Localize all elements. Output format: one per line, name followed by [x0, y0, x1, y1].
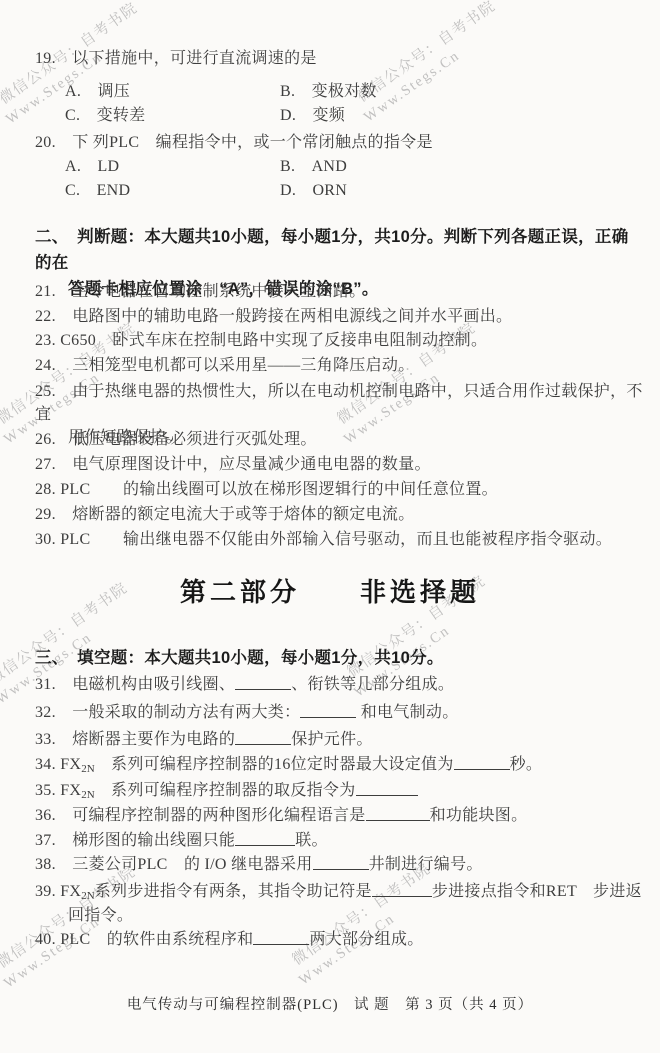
- question-39: 39. FX2N系列步进指令有两条，其指令助记符是步进接点指令和RET 步进返 …: [35, 880, 645, 928]
- question-text: 和功能块图。: [430, 807, 528, 824]
- question-text: 33. 熔断器主要作为电路的: [35, 731, 235, 748]
- part-2-heading: 第二部分 非选择题: [0, 572, 660, 609]
- option-20-a: A. LD: [65, 156, 280, 178]
- question-20-options-cd: C. ENDD. ORN: [35, 180, 645, 202]
- question-text: 38. 三菱公司PLC 的 I/O 继电器采用: [35, 856, 313, 873]
- fill-blank: [300, 704, 356, 718]
- fill-blank: [235, 676, 291, 690]
- question-19-options-cd: C. 变转差D. 变频: [35, 105, 645, 127]
- question-19-options-ab: A. 调压B. 变极对数: [35, 81, 645, 103]
- question-text: 40. PLC 的软件由系统程序和: [35, 931, 253, 948]
- subscript-2n: 2N: [81, 763, 94, 775]
- question-21: 21. 主令电器在自动控制系统中接入主回路。: [35, 281, 645, 303]
- question-20-stem: 20. 下 列PLC 编程指令中，或一个常闭触点的指令是: [35, 132, 645, 154]
- fill-blank: [372, 883, 432, 897]
- option-19-a: A. 调压: [65, 81, 280, 103]
- question-27: 27. 电气原理图设计中，应尽量减少通电电器的数量。: [35, 454, 645, 476]
- question-26: 26. 低压电器设备必须进行灭弧处理。: [35, 429, 645, 451]
- option-19-c: C. 变转差: [65, 105, 280, 127]
- question-24: 24. 三相笼型电机都可以采用星——三角降压启动。: [35, 355, 645, 377]
- fill-blank: [356, 782, 418, 796]
- question-text: 31. 电磁机构由吸引线圈、: [35, 676, 235, 693]
- question-19-stem: 19. 以下措施中，可进行直流调速的是: [35, 48, 645, 70]
- question-36: 36. 可编程序控制器的两种图形化编程语言是和功能块图。: [35, 805, 645, 827]
- question-35: 35. FX2N 系列可编程序控制器的取反指令为: [35, 780, 645, 802]
- question-text: 保护元件。: [291, 731, 373, 748]
- question-text: 系列可编程序控制器的16位定时器最大设定值为: [95, 756, 454, 773]
- subscript-2n: 2N: [81, 890, 94, 902]
- question-38: 38. 三菱公司PLC 的 I/O 继电器采用井制进行编号。: [35, 854, 645, 876]
- question-32: 32. 一般采取的制动方法有两大类： 和电气制动。: [35, 702, 645, 724]
- section-2-title-line1: 二、 判断题：本大题共10小题，每小题1分，共10分。判断下列各题正误，正确的在: [35, 228, 629, 272]
- question-text: 36. 可编程序控制器的两种图形化编程语言是: [35, 807, 366, 824]
- question-text: 联。: [295, 832, 328, 849]
- exam-paper-page: 微信公众号：自考书院 Www.Stegs.Cn 微信公众号：自考书院 Www.S…: [0, 0, 660, 1053]
- question-text: 、衔铁等几部分组成。: [291, 676, 454, 693]
- question-22: 22. 电路图中的辅助电路一般跨接在两相电源线之间并水平画出。: [35, 306, 645, 328]
- question-text: 秒。: [510, 756, 543, 773]
- question-31: 31. 电磁机构由吸引线圈、、衔铁等几部分组成。: [35, 674, 645, 696]
- question-23: 23. C650 卧式车床在控制电路中实现了反接串电阻制动控制。: [35, 330, 645, 352]
- question-text: 39. FX: [35, 883, 81, 900]
- question-33: 33. 熔断器主要作为电路的保护元件。: [35, 729, 645, 751]
- question-39-line2: 回指令。: [35, 904, 645, 928]
- page-footer: 电气传动与可编程控制器(PLC) 试 题 第 3 页（共 4 页）: [0, 993, 660, 1014]
- question-text: 系列可编程序控制器的取反指令为: [95, 782, 356, 799]
- question-text: 37. 梯形图的输出线圈只能: [35, 832, 235, 849]
- question-text: 和电气制动。: [356, 704, 458, 721]
- option-20-d: D. ORN: [280, 180, 347, 202]
- subscript-2n: 2N: [81, 789, 94, 801]
- question-text: 两大部分组成。: [309, 931, 423, 948]
- question-25-line1: 25. 由于热继电器的热惯性大，所以在电动机控制电路中，只适合用作过载保护，不宜: [35, 383, 643, 423]
- question-text: 32. 一般采取的制动方法有两大类：: [35, 704, 300, 721]
- question-text: 井制进行编号。: [369, 856, 483, 873]
- question-34: 34. FX2N 系列可编程序控制器的16位定时器最大设定值为秒。: [35, 754, 645, 776]
- option-19-d: D. 变频: [280, 105, 345, 127]
- option-20-c: C. END: [65, 180, 280, 202]
- section-3-title: 三、 填空题：本大题共10小题，每小题1分，共10分。: [35, 645, 645, 671]
- question-39-line1: 39. FX2N系列步进指令有两条，其指令助记符是步进接点指令和RET 步进返: [35, 883, 642, 900]
- fill-blank: [253, 931, 309, 945]
- question-20-options-ab: A. LDB. AND: [35, 156, 645, 178]
- question-28: 28. PLC 的输出线圈可以放在梯形图逻辑行的中间任意位置。: [35, 479, 645, 501]
- question-text: 34. FX: [35, 756, 81, 773]
- question-37: 37. 梯形图的输出线圈只能联。: [35, 830, 645, 852]
- question-29: 29. 熔断器的额定电流大于或等于熔体的额定电流。: [35, 504, 645, 526]
- question-30: 30. PLC 输出继电器不仅能由外部输入信号驱动，而且也能被程序指令驱动。: [35, 529, 645, 551]
- fill-blank: [366, 807, 430, 821]
- fill-blank: [235, 832, 295, 846]
- question-text: 步进接点指令和RET 步进返: [432, 883, 642, 900]
- fill-blank: [313, 856, 369, 870]
- option-19-b: B. 变极对数: [280, 81, 377, 103]
- question-text: 35. FX: [35, 782, 81, 799]
- question-40: 40. PLC 的软件由系统程序和两大部分组成。: [35, 929, 645, 951]
- fill-blank: [454, 756, 510, 770]
- fill-blank: [235, 731, 291, 745]
- question-text: 系列步进指令有两条，其指令助记符是: [95, 883, 372, 900]
- option-20-b: B. AND: [280, 156, 347, 178]
